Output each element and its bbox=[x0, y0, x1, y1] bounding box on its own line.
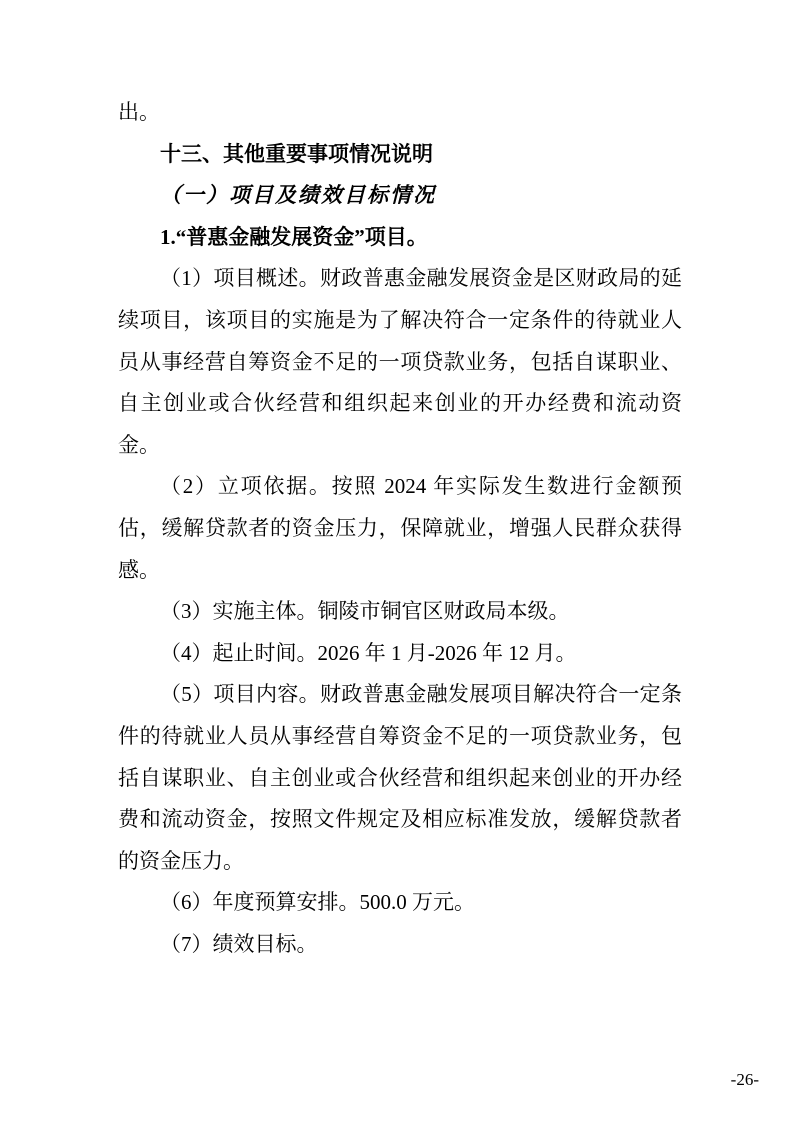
paragraph-time-span: （4）起止时间。2026 年 1 月-2026 年 12 月。 bbox=[118, 633, 682, 675]
document-body: 出。 十三、其他重要事项情况说明 （一）项目及绩效目标情况 1.“普惠金融发展资… bbox=[118, 92, 682, 965]
section-heading: 十三、其他重要事项情况说明 bbox=[118, 134, 682, 176]
paragraph-project-basis: （2）立项依据。按照 2024 年实际发生数进行金额预估，缓解贷款者的资金压力，… bbox=[118, 466, 682, 591]
document-page: 出。 十三、其他重要事项情况说明 （一）项目及绩效目标情况 1.“普惠金融发展资… bbox=[0, 0, 793, 1122]
paragraph-project-overview: （1）项目概述。财政普惠金融发展资金是区财政局的延续项目，该项目的实施是为了解决… bbox=[118, 258, 682, 466]
paragraph-implementing-body: （3）实施主体。铜陵市铜官区财政局本级。 bbox=[118, 591, 682, 633]
page-number: -26- bbox=[731, 1068, 759, 1092]
paragraph-performance-target: （7）绩效目标。 bbox=[118, 924, 682, 966]
paragraph-annual-budget: （6）年度预算安排。500.0 万元。 bbox=[118, 882, 682, 924]
paragraph-project-content: （5）项目内容。财政普惠金融发展项目解决符合一定条件的待就业人员从事经营自筹资金… bbox=[118, 674, 682, 882]
subsection-heading: （一）项目及绩效目标情况 bbox=[118, 175, 682, 217]
item-heading: 1.“普惠金融发展资金”项目。 bbox=[118, 217, 682, 259]
continuation-line: 出。 bbox=[118, 92, 682, 134]
